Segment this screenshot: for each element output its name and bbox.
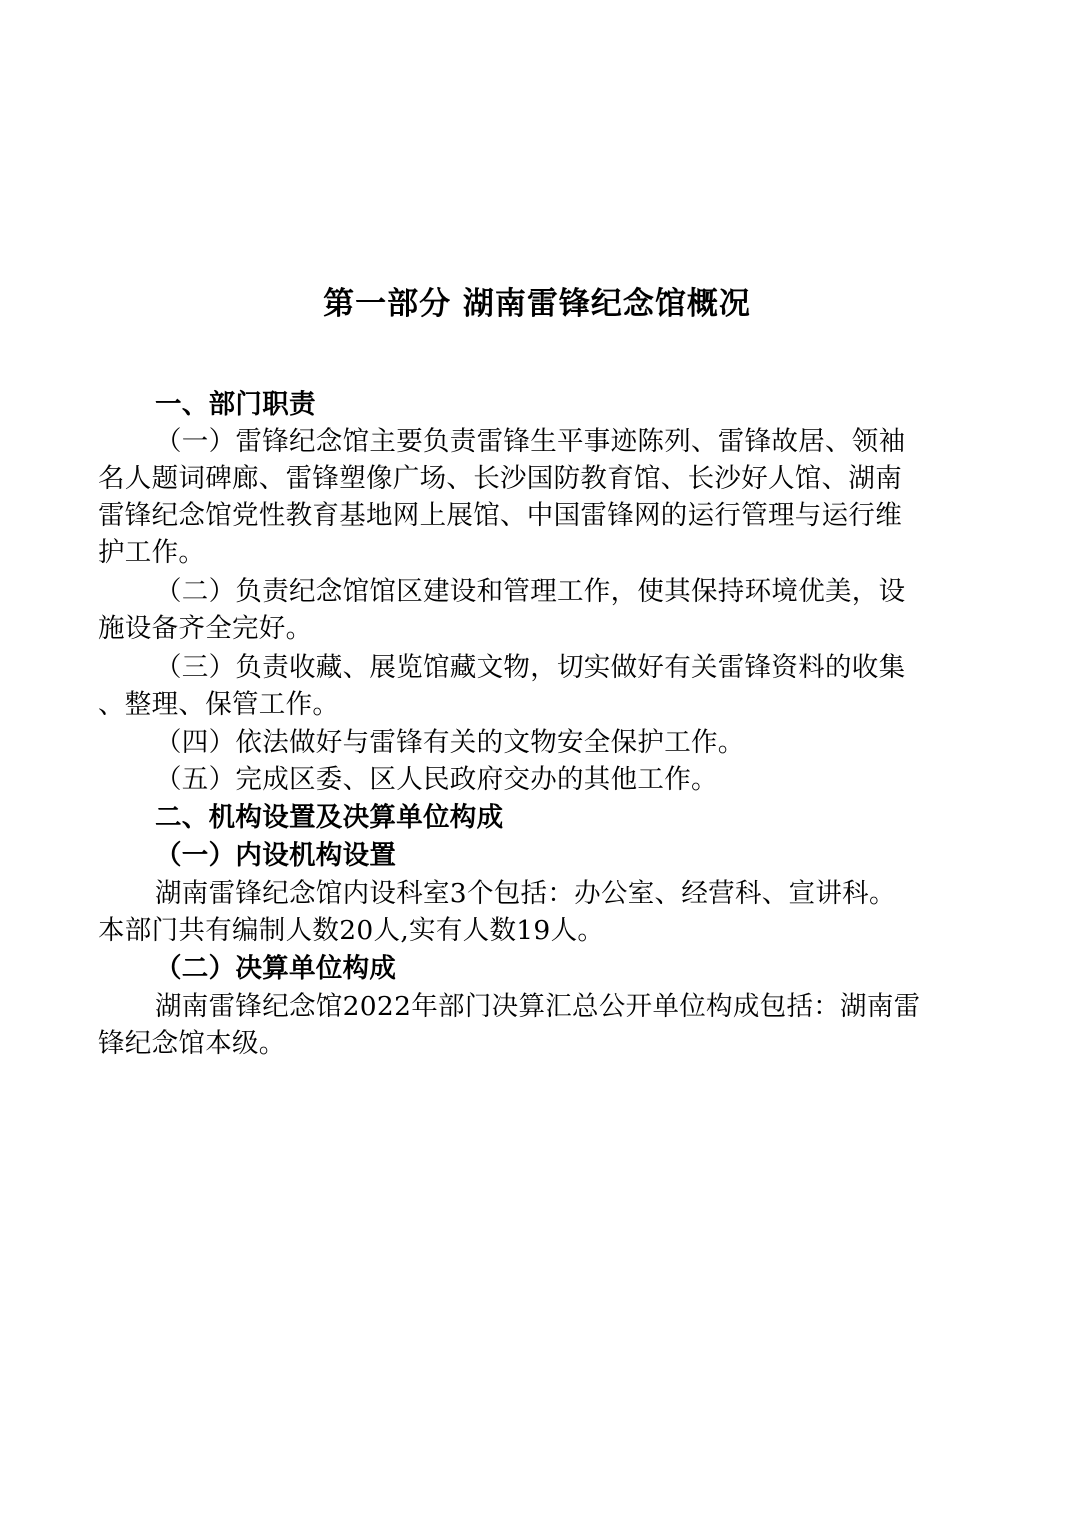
duty-5: （五）完成区委、区人民政府交办的其他工作。 bbox=[155, 762, 718, 798]
section-heading-duties: 一、部门职责 bbox=[155, 387, 316, 423]
budget-units-line-2: 锋纪念馆本级。 bbox=[98, 1026, 286, 1062]
budget-units-line-1: 湖南雷锋纪念馆2022年部门决算汇总公开单位构成包括：湖南雷 bbox=[155, 989, 920, 1025]
duty-3-line-1: （三）负责收藏、展览馆藏文物，切实做好有关雷锋资料的收集 bbox=[155, 650, 905, 686]
page-title: 第一部分 湖南雷锋纪念馆概况 bbox=[0, 284, 1074, 324]
duty-1-line-2: 名人题词碑廊、雷锋塑像广场、长沙国防教育馆、长沙好人馆、湖南 bbox=[98, 461, 902, 497]
duty-2-line-1: （二）负责纪念馆馆区建设和管理工作，使其保持环境优美，设 bbox=[155, 574, 905, 610]
duty-1-line-3: 雷锋纪念馆党性教育基地网上展馆、中国雷锋网的运行管理与运行维 bbox=[98, 498, 902, 534]
subheading-budget-units: （二）决算单位构成 bbox=[155, 951, 396, 987]
subheading-internal-org: （一）内设机构设置 bbox=[155, 838, 396, 874]
duty-1-line-1: （一）雷锋纪念馆主要负责雷锋生平事迹陈列、雷锋故居、领袖 bbox=[155, 424, 905, 460]
duty-3-line-2: 、整理、保管工作。 bbox=[98, 687, 339, 723]
duty-4: （四）依法做好与雷锋有关的文物安全保护工作。 bbox=[155, 725, 745, 761]
internal-org-line-1: 湖南雷锋纪念馆内设科室3个包括：办公室、经营科、宣讲科。 bbox=[155, 876, 896, 912]
duty-2-line-2: 施设备齐全完好。 bbox=[98, 611, 312, 647]
internal-org-line-2: 本部门共有编制人数20人,实有人数19人。 bbox=[98, 913, 604, 949]
section-heading-org: 二、机构设置及决算单位构成 bbox=[155, 800, 503, 836]
duty-1-line-4: 护工作。 bbox=[98, 535, 205, 571]
